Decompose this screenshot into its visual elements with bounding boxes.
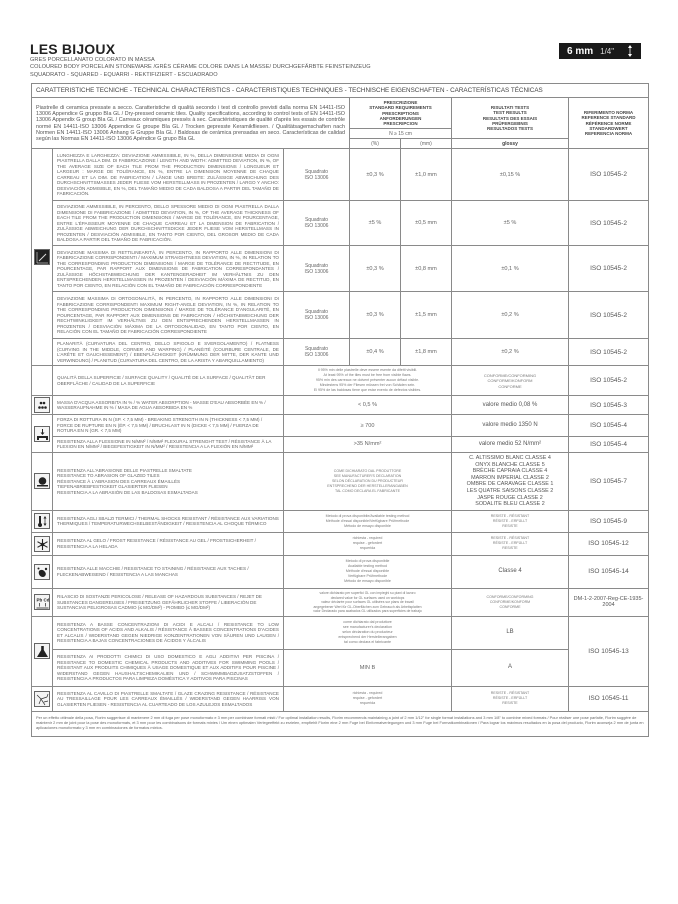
row-description: Resistenza al cavillo di piastrelle smal… <box>53 686 284 711</box>
row-result: valore medio 52 N/mm² <box>452 436 569 452</box>
row-req-percent: ±0,4 % <box>350 339 401 366</box>
abrasion-icon <box>34 473 50 489</box>
row-reference: ISO 10545-11 <box>569 686 649 711</box>
row-description: Resistenza a basse concentrazioni di aci… <box>53 616 284 649</box>
flask-icon <box>34 643 50 659</box>
thermometer-icon <box>34 513 50 529</box>
row-result: ±0,2 % <box>452 339 569 366</box>
row-description: Resistenza agli sbalzi termici / Thermal… <box>53 510 284 532</box>
svg-text:Pb Cd: Pb Cd <box>37 598 50 603</box>
table-row: Resistenza alla flessione in N/mm² / N/m… <box>32 436 649 452</box>
table-row-abrasion: Resistenza all'abrasione delle piastrell… <box>32 452 649 510</box>
row-result: RESISTE - RÉSISTANT RÉSISTE - ERFÜLLT RE… <box>452 510 569 532</box>
row-description: Rilascio di sostanze pericolose / Releas… <box>53 588 284 616</box>
thickness-badge: 6 mm 1/4" <box>559 43 641 59</box>
header-results: RISULTATI TESTS TEST RESULTS RESULTATS D… <box>452 98 569 139</box>
row-result: valore medio 0,08 % <box>452 396 569 415</box>
product-edge-type: SQUADRATO - SQUARED - EQUARRI - REKTIFIZ… <box>30 72 648 79</box>
abrasion-results: C. ALTISSIMO BLANC CLASSE 4 ONYX BLANCHE… <box>452 452 569 510</box>
row-description: Massa d'acqua assorbita in % / % Water a… <box>53 396 284 415</box>
row-requirement: Metodo di prova disponibile/Available te… <box>284 510 452 532</box>
stain-icon <box>34 564 50 580</box>
row-result: Classe 4 <box>452 555 569 588</box>
technical-characteristics-table: CARATTERISTICHE TECNICHE - TECHNICAL CHA… <box>31 83 648 737</box>
row-standard: SquadratoISO 13006 <box>284 149 350 201</box>
row-requirement: MIN B <box>284 649 452 686</box>
row-req-percent: ±5 % <box>350 201 401 246</box>
row-requirement: richiesta - required requise - gefordert… <box>284 532 452 555</box>
header-unit-percent: (%) <box>350 139 401 149</box>
table-row: Resistenza al gelo / Frost resistance / … <box>32 532 649 555</box>
header-reference: RIFERIMENTO NORMA REFERENCE STANDARD RÉF… <box>569 98 649 149</box>
row-req-percent: ±0,3 % <box>350 292 401 339</box>
row-requirement: richiesta - required requise - gefordert… <box>284 686 452 711</box>
dimension-icon <box>34 249 50 265</box>
row-req-mm: ±1,5 mm <box>401 292 452 339</box>
header-unit-mm: (mm) <box>401 139 452 149</box>
row-reference: ISO 10545-4 <box>569 436 649 452</box>
table-caption: CARATTERISTICHE TECNICHE - TECHNICAL CHA… <box>32 84 649 98</box>
footnote: Per un effetto ottimale della posa, Flor… <box>32 711 649 736</box>
thickness-mm: 6 mm <box>567 46 593 57</box>
table-row: Forza di rottura in N (sp. < 7,5 mm) - B… <box>32 415 649 437</box>
table-row-surface-quality: Qualità della superficie / Surface quali… <box>32 366 649 396</box>
breaking-strength-icon <box>34 426 50 442</box>
row-standard: SquadratoISO 13006 <box>284 292 350 339</box>
row-description: Qualità della superficie / Surface quali… <box>53 366 284 396</box>
row-description: Resistenza ai prodotti chimici di uso do… <box>53 649 284 686</box>
table-row: Deviazione massima di ortogonalità, in p… <box>32 292 649 339</box>
row-requirement: Il 95% min delle piastrelle deve essere … <box>284 366 452 396</box>
row-result: LB <box>452 616 569 649</box>
row-requirement: >35 N/mm² <box>284 436 452 452</box>
lead-cadmium-icon: Pb Cd <box>34 594 50 610</box>
row-reference: ISO 10545-13 <box>569 616 649 686</box>
row-description: Lunghezza e larghezza: deviazione ammiss… <box>53 149 284 201</box>
row-description: Forza di rottura in N (sp. < 7,5 mm) - B… <box>53 415 284 437</box>
row-reference: ISO 10545-12 <box>569 532 649 555</box>
crazing-icon <box>34 691 50 707</box>
row-result: RESISTE - RÉSISTANT RÉSISTE - ERFÜLLT RE… <box>452 686 569 711</box>
row-result: ±0,1 % <box>452 246 569 292</box>
row-description: Deviazione massima di rettilinearità, in… <box>53 246 284 292</box>
empty-icon-cell <box>32 366 53 396</box>
row-req-mm: ±1,8 mm <box>401 339 452 366</box>
row-requirement: come dichiarato dal produttore see manuf… <box>284 616 452 649</box>
row-reference: ISO 10545-2 <box>569 149 649 201</box>
row-description: Resistenza alle macchie / Resistance to … <box>53 555 284 588</box>
table-row: Deviazione massima di rettilinearità, in… <box>32 246 649 292</box>
row-reference: ISO 10545-3 <box>569 396 649 415</box>
row-req-mm: ±0,5 mm <box>401 201 452 246</box>
row-standard: SquadratoISO 13006 <box>284 246 350 292</box>
row-result: A <box>452 649 569 686</box>
row-description: Deviazione massima di ortogonalità, in p… <box>53 292 284 339</box>
water-drops-icon <box>34 397 50 413</box>
row-reference: DM-1-2-2007-Reg-CE-1935-2004 <box>569 588 649 616</box>
row-standard: SquadratoISO 13006 <box>284 339 350 366</box>
row-result: CONFORME/CONFORMING CONFORME/KONFORM CON… <box>452 366 569 396</box>
table-row: Resistenza alle macchie / Resistance to … <box>32 555 649 588</box>
row-result: RESISTE - RÉSISTANT RÉSISTE - ERFÜLLT RE… <box>452 532 569 555</box>
table-row: Planarità (curvatura del centro, dello s… <box>32 339 649 366</box>
row-result: ±0,15 % <box>452 149 569 201</box>
row-result: CONFORME/CONFORMING CONFORME/KONFORM CON… <box>452 588 569 616</box>
header-condition: N ≥ 15 cm <box>350 129 452 139</box>
row-reference: ISO 10545-2 <box>569 201 649 246</box>
dimension-icon-cell <box>32 149 53 366</box>
row-result: ±5 % <box>452 201 569 246</box>
thickness-arrow-icon <box>627 45 633 57</box>
row-req-percent: ±0,3 % <box>350 149 401 201</box>
table-row: Resistenza al cavillo di piastrelle smal… <box>32 686 649 711</box>
row-description: Planarità (curvatura del centro, dello s… <box>53 339 284 366</box>
snowflake-icon <box>34 536 50 552</box>
row-reference: ISO 10545-7 <box>569 452 649 510</box>
row-requirement: ≥ 700 <box>284 415 452 437</box>
row-req-percent: ±0,3 % <box>350 246 401 292</box>
row-requirement: COME DICHIARATO DAL PRODUTTORE SEE MANUF… <box>284 452 452 510</box>
header-finish: glossy <box>452 139 569 149</box>
table-row: Resistenza a basse concentrazioni di aci… <box>32 616 649 649</box>
row-requirement: Metodo di prova disponibile Available te… <box>284 555 452 588</box>
row-requirement: valore dichiarato per superfici GL con i… <box>284 588 452 616</box>
table-row: Lunghezza e larghezza: deviazione ammiss… <box>32 149 649 201</box>
row-result: valore medio 1350 N <box>452 415 569 437</box>
row-req-mm: ±1,0 mm <box>401 149 452 201</box>
row-requirement: < 0,5 % <box>284 396 452 415</box>
header-requirements: PRESCRIZIONE STANDARD REQUIREMENTS PRESC… <box>350 98 452 129</box>
product-title: LES BIJOUX <box>30 41 648 57</box>
table-row: Resistenza agli sbalzi termici / Thermal… <box>32 510 649 532</box>
row-description: Deviazione ammissibile, in percento, del… <box>53 201 284 246</box>
thickness-inch: 1/4" <box>600 47 614 56</box>
row-description: Resistenza al gelo / Frost resistance / … <box>53 532 284 555</box>
row-result: ±0,2 % <box>452 292 569 339</box>
row-reference: ISO 10545-2 <box>569 366 649 396</box>
row-reference: ISO 10545-2 <box>569 292 649 339</box>
row-reference: ISO 10545-2 <box>569 339 649 366</box>
row-reference: ISO 10545-9 <box>569 510 649 532</box>
row-description: Resistenza all'abrasione delle piastrell… <box>53 452 284 510</box>
row-reference: ISO 10545-2 <box>569 246 649 292</box>
row-reference: ISO 10545-4 <box>569 415 649 437</box>
table-row: Massa d'acqua assorbita in % / % Water a… <box>32 396 649 415</box>
table-intro: Piastrelle di ceramica pressate a secco.… <box>32 98 350 149</box>
row-standard: SquadratoISO 13006 <box>284 201 350 246</box>
table-row: Deviazione ammissibile, in percento, del… <box>32 201 649 246</box>
table-row: Pb Cd Rilascio di sostanze pericolose / … <box>32 588 649 616</box>
footnote-row: Per un effetto ottimale della posa, Flor… <box>32 711 649 736</box>
row-description: Resistenza alla flessione in N/mm² / N/m… <box>53 436 284 452</box>
row-reference: ISO 10545-14 <box>569 555 649 588</box>
table-row: Resistenza ai prodotti chimici di uso do… <box>32 649 649 686</box>
row-req-mm: ±0,8 mm <box>401 246 452 292</box>
product-material-translations: COLOURED BODY PORCELAIN STONEWARE /GRÈS … <box>30 64 648 71</box>
